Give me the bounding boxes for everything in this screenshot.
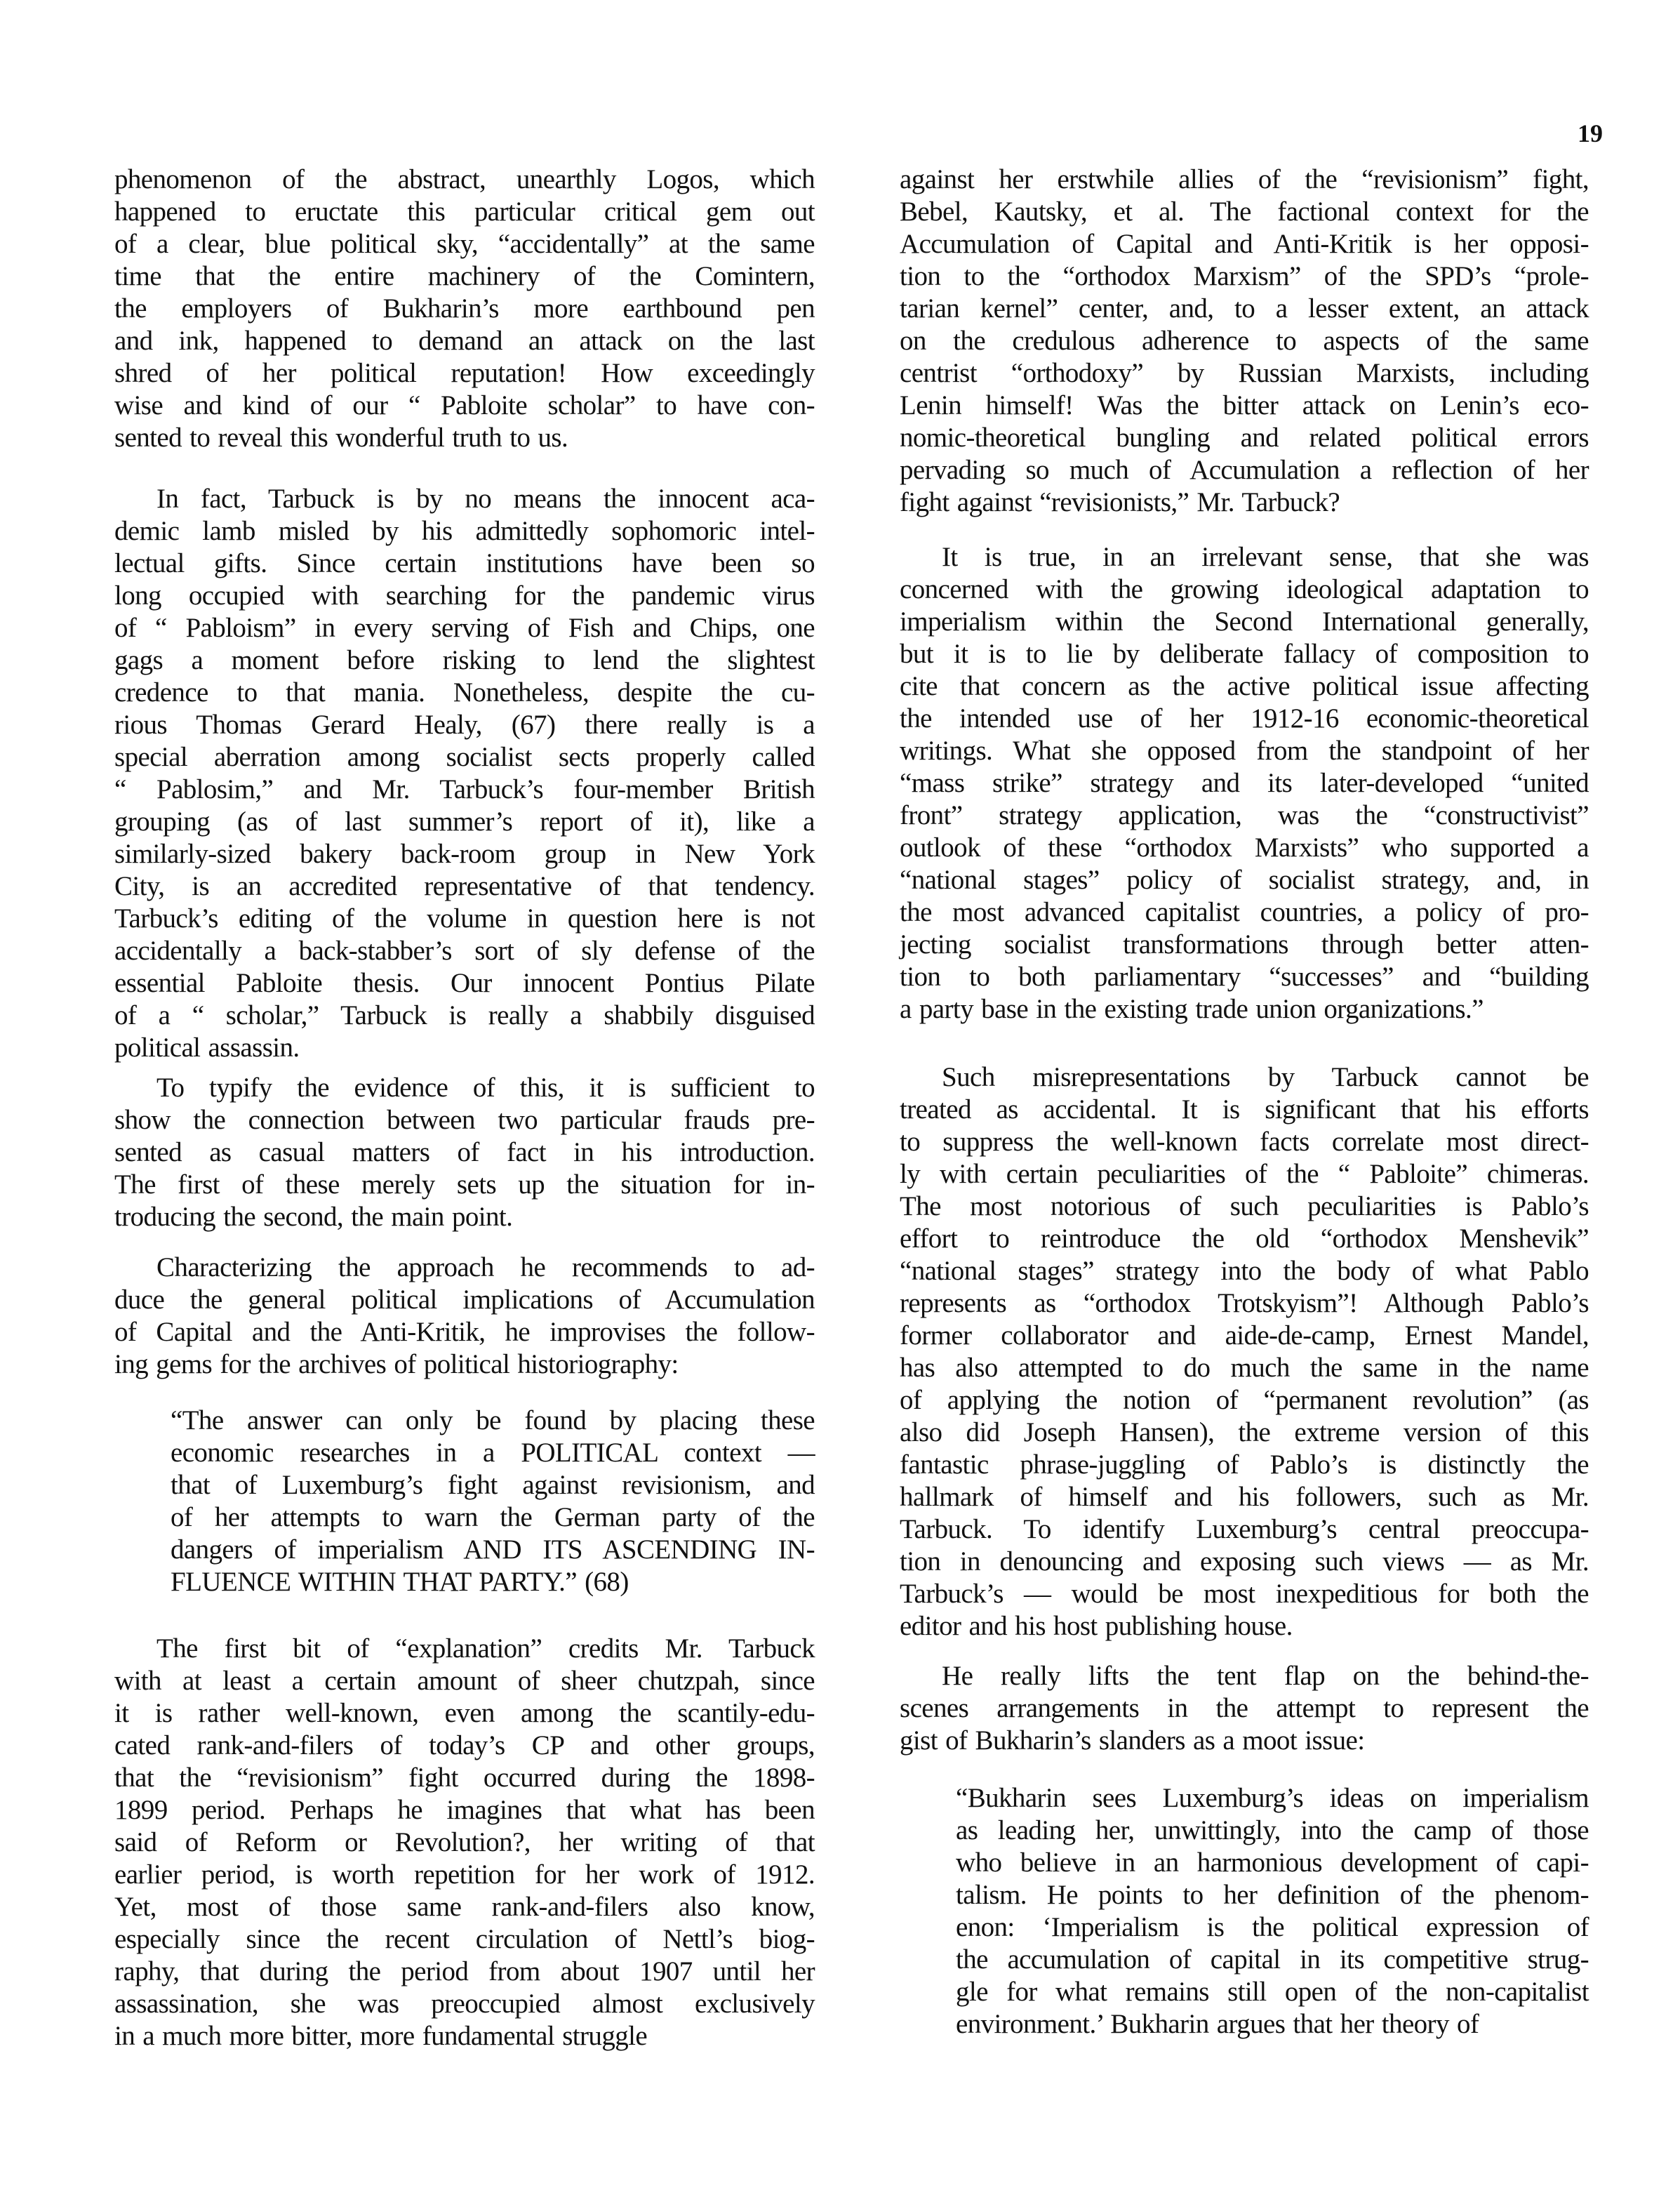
text-line: FLUENCE WITHIN THAT PARTY.” (68) <box>171 1566 815 1598</box>
text-line: economic researches in a POLITICAL conte… <box>171 1437 815 1469</box>
text-line: grouping (as of last summer’s report of … <box>114 806 815 838</box>
text-line: imperialism within the Second Internatio… <box>900 606 1589 638</box>
text-line: dangers of imperialism AND ITS ASCENDING… <box>171 1534 815 1566</box>
text-line: gist of Bukharin’s slanders as a moot is… <box>900 1725 1589 1757</box>
text-line: cated rank-and-filers of today’s CP and … <box>114 1730 815 1762</box>
text-line: “ Pablosim,” and Mr. Tarbuck’s four-memb… <box>114 774 815 806</box>
block-quote: “Bukharin sees Luxemburg’s ideas on impe… <box>956 1782 1589 2041</box>
text-line: Characterizing the approach he recommend… <box>114 1252 815 1284</box>
text-line: Yet, most of those same rank-and-filers … <box>114 1891 815 1923</box>
text-line: He really lifts the tent flap on the beh… <box>900 1660 1589 1692</box>
text-line: of applying the notion of “permanent rev… <box>900 1384 1589 1417</box>
page-number: 19 <box>1578 119 1603 147</box>
text-line: Tarbuck’s editing of the volume in quest… <box>114 903 815 935</box>
text-line: similarly-sized bakery back-room group i… <box>114 838 815 870</box>
text-line: It is true, in an irrelevant sense, that… <box>900 541 1589 573</box>
paragraph: The first bit of “explanation” credits M… <box>114 1633 815 2052</box>
text-line: fantastic phrase-juggling of Pablo’s is … <box>900 1449 1589 1481</box>
paragraph: He really lifts the tent flap on the beh… <box>900 1660 1589 1757</box>
text-line: Such misrepresentations by Tarbuck canno… <box>900 1061 1589 1094</box>
text-line: in a much more bitter, more fundamental … <box>114 2020 815 2052</box>
text-line: special aberration among socialist sects… <box>114 741 815 774</box>
text-line: editor and his host publishing house. <box>900 1610 1589 1643</box>
text-line: of “ Pabloism” in every serving of Fish … <box>114 612 815 644</box>
text-line: Tarbuck’s — would be most inexpeditious … <box>900 1578 1589 1610</box>
text-line: City, is an accredited representative of… <box>114 870 815 903</box>
text-line: represents as “orthodox Trotskyism”! Alt… <box>900 1287 1589 1320</box>
text-line: a party base in the existing trade union… <box>900 993 1589 1026</box>
text-line: “Bukharin sees Luxemburg’s ideas on impe… <box>956 1782 1589 1815</box>
text-line: lectual gifts. Since certain institution… <box>114 548 815 580</box>
paragraph: It is true, in an irrelevant sense, that… <box>900 541 1589 1026</box>
text-line: tion in denouncing and exposing such vie… <box>900 1546 1589 1578</box>
text-line: concerned with the growing ideological a… <box>900 573 1589 606</box>
text-line: The first of these merely sets up the si… <box>114 1169 815 1201</box>
text-line: former collaborator and aide-de-camp, Er… <box>900 1320 1589 1352</box>
text-line: demic lamb misled by his admittedly soph… <box>114 515 815 548</box>
text-line: of a “ scholar,” Tarbuck is really a sha… <box>114 1000 815 1032</box>
text-line: on the credulous adherence to aspects of… <box>900 325 1589 357</box>
text-line: raphy, that during the period from about… <box>114 1956 815 1988</box>
text-line: as leading her, unwittingly, into the ca… <box>956 1815 1589 1847</box>
paragraph: To typify the evidence of this, it is su… <box>114 1072 815 1233</box>
text-line: Tarbuck. To identify Luxemburg’s central… <box>900 1513 1589 1546</box>
text-line: gags a moment before risking to lend the… <box>114 644 815 677</box>
text-line: talism. He points to her definition of t… <box>956 1879 1589 1911</box>
text-line: nomic-theoretical bungling and related p… <box>900 422 1589 454</box>
text-line: fight against “revisionists,” Mr. Tarbuc… <box>900 486 1589 519</box>
text-line: “national stages” strategy into the body… <box>900 1255 1589 1287</box>
text-line: “mass strike” strategy and its later-dev… <box>900 767 1589 800</box>
text-line: of Capital and the Anti-Kritik, he impro… <box>114 1316 815 1348</box>
text-line: especially since the recent circulation … <box>114 1923 815 1956</box>
text-line: show the connection between two particul… <box>114 1104 815 1136</box>
text-line: tion to the “orthodox Marxism” of the SP… <box>900 260 1589 293</box>
text-line: In fact, Tarbuck is by no means the inno… <box>114 483 815 515</box>
text-line: credence to that mania. Nonetheless, des… <box>114 677 815 709</box>
text-line: wise and kind of our “ Pabloite scholar”… <box>114 390 815 422</box>
text-line: assassination, she was preoccupied almos… <box>114 1988 815 2020</box>
text-line: happened to eructate this particular cri… <box>114 196 815 228</box>
text-line: the employers of Bukharin’s more earthbo… <box>114 293 815 325</box>
text-line: and ink, happened to demand an attack on… <box>114 325 815 357</box>
text-line: who believe in an harmonious development… <box>956 1847 1589 1879</box>
text-line: The most notorious of such peculiarities… <box>900 1190 1589 1223</box>
text-line: duce the general political implications … <box>114 1284 815 1316</box>
text-line: that the “revisionism” fight occurred du… <box>114 1762 815 1794</box>
text-line: enon: ‘Imperialism is the political expr… <box>956 1911 1589 1944</box>
block-quote: “The answer can only be found by placing… <box>171 1405 815 1598</box>
text-line: troducing the second, the main point. <box>114 1201 815 1233</box>
text-line: treated as accidental. It is significant… <box>900 1094 1589 1126</box>
text-line: outlook of these “orthodox Marxists” who… <box>900 832 1589 864</box>
text-line: front” strategy application, was the “co… <box>900 800 1589 832</box>
text-line: jecting socialist transformations throug… <box>900 929 1589 961</box>
text-line: against her erstwhile allies of the “rev… <box>900 164 1589 196</box>
text-line: 1899 period. Perhaps he imagines that wh… <box>114 1794 815 1826</box>
paragraph: phenomenon of the abstract, unearthly Lo… <box>114 164 815 454</box>
text-line: writings. What she opposed from the stan… <box>900 735 1589 767</box>
text-line: earlier period, is worth repetition for … <box>114 1859 815 1891</box>
text-line: time that the entire machinery of the Co… <box>114 260 815 293</box>
text-line: of her attempts to warn the German party… <box>171 1501 815 1534</box>
text-line: “The answer can only be found by placing… <box>171 1405 815 1437</box>
text-line: political assassin. <box>114 1032 815 1064</box>
text-line: tion to both parliamentary “successes” a… <box>900 961 1589 993</box>
text-line: of a clear, blue political sky, “acciden… <box>114 228 815 260</box>
text-line: hallmark of himself and his followers, s… <box>900 1481 1589 1513</box>
text-line: sented as casual matters of fact in his … <box>114 1136 815 1169</box>
text-line: cite that concern as the active politica… <box>900 670 1589 703</box>
text-line: the intended use of her 1912-16 economic… <box>900 703 1589 735</box>
paragraph: In fact, Tarbuck is by no means the inno… <box>114 483 815 1064</box>
text-line: tarian kernel” center, and, to a lesser … <box>900 293 1589 325</box>
text-line: shred of her political reputation! How e… <box>114 357 815 390</box>
text-line: it is rather well-known, even among the … <box>114 1697 815 1730</box>
text-line: Accumulation of Capital and Anti-Kritik … <box>900 228 1589 260</box>
text-line: essential Pabloite thesis. Our innocent … <box>114 967 815 1000</box>
text-line: rious Thomas Gerard Healy, (67) there re… <box>114 709 815 741</box>
text-line: said of Reform or Revolution?, her writi… <box>114 1826 815 1859</box>
paragraph: against her erstwhile allies of the “rev… <box>900 164 1589 519</box>
text-line: Lenin himself! Was the bitter attack on … <box>900 390 1589 422</box>
text-line: phenomenon of the abstract, unearthly Lo… <box>114 164 815 196</box>
text-line: the most advanced capitalist countries, … <box>900 896 1589 929</box>
text-line: gle for what remains still open of the n… <box>956 1976 1589 2008</box>
text-line: centrist “orthodoxy” by Russian Marxists… <box>900 357 1589 390</box>
text-line: the accumulation of capital in its compe… <box>956 1944 1589 1976</box>
text-line: accidentally a back-stabber’s sort of sl… <box>114 935 815 967</box>
text-line: also did Joseph Hansen), the extreme ver… <box>900 1417 1589 1449</box>
text-line: ing gems for the archives of political h… <box>114 1348 815 1381</box>
text-line: effort to reintroduce the old “orthodox … <box>900 1223 1589 1255</box>
text-line: scenes arrangements in the attempt to re… <box>900 1692 1589 1725</box>
text-line: pervading so much of Accumulation a refl… <box>900 454 1589 486</box>
text-line: “national stages” policy of socialist st… <box>900 864 1589 896</box>
text-line: sented to reveal this wonderful truth to… <box>114 422 815 454</box>
text-line: environment.’ Bukharin argues that her t… <box>956 2008 1589 2041</box>
text-line: to suppress the well-known facts correla… <box>900 1126 1589 1158</box>
text-line: Bebel, Kautsky, et al. The factional con… <box>900 196 1589 228</box>
text-line: has also attempted to do much the same i… <box>900 1352 1589 1384</box>
paragraph: Such misrepresentations by Tarbuck canno… <box>900 1061 1589 1643</box>
text-line: that of Luxemburg’s fight against revisi… <box>171 1469 815 1501</box>
text-line: ly with certain peculiarities of the “ P… <box>900 1158 1589 1190</box>
text-line: long occupied with searching for the pan… <box>114 580 815 612</box>
text-line: with at least a certain amount of sheer … <box>114 1665 815 1697</box>
text-line: To typify the evidence of this, it is su… <box>114 1072 815 1104</box>
document-page: 19 phenomenon of the abstract, unearthly… <box>0 0 1680 2209</box>
text-line: The first bit of “explanation” credits M… <box>114 1633 815 1665</box>
paragraph: Characterizing the approach he recommend… <box>114 1252 815 1381</box>
text-line: but it is to lie by deliberate fallacy o… <box>900 638 1589 670</box>
